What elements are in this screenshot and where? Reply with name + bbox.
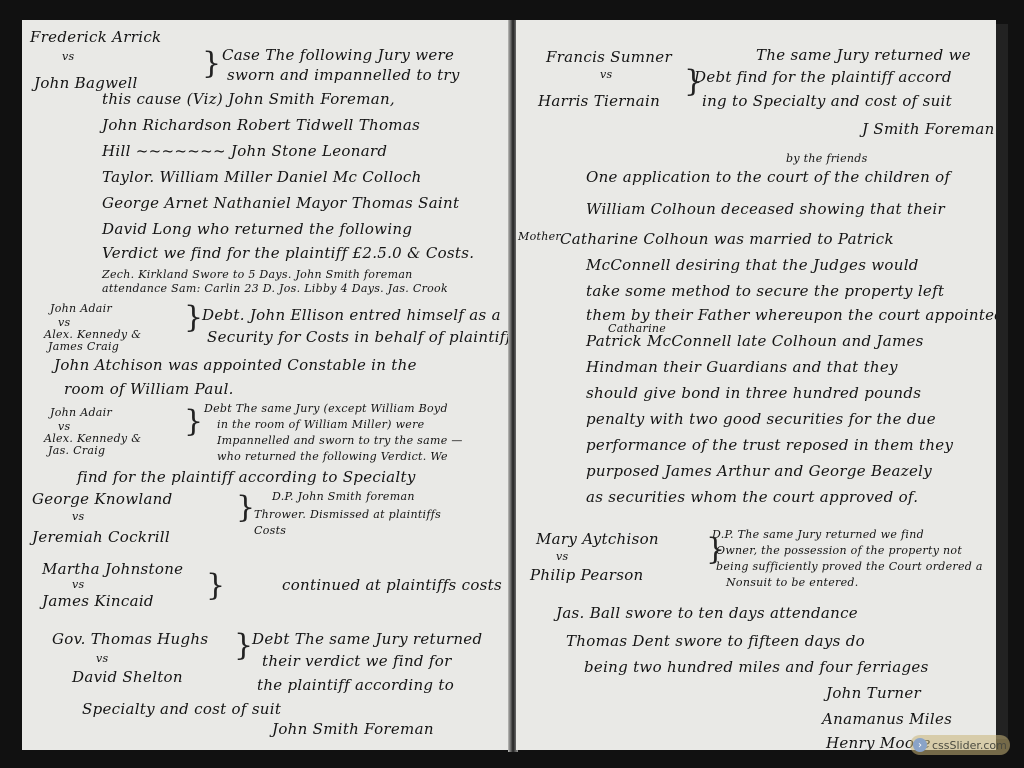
handwritten-line: who returned the following Verdict. We [217,450,448,463]
brace-mark: } [206,568,225,603]
brace-mark: } [184,404,203,439]
handwritten-line: Security for Costs in behalf of plaintif… [207,328,511,346]
handwritten-line: sworn and impannelled to try [227,66,460,84]
handwritten-line: vs [600,68,612,81]
handwritten-line: Debt find for the plaintiff accord [694,68,952,86]
handwritten-line: Philip Pearson [530,566,644,584]
right-ledger-page: Francis SumnerThe same Jury returned wev… [516,20,996,750]
handwritten-line: James Craig [48,340,119,353]
handwritten-line: George Arnet Nathaniel Mayor Thomas Sain… [102,194,459,212]
handwritten-line: Jas. Craig [48,444,105,457]
watermark-badge[interactable]: › cssSlider.com [910,735,1010,755]
handwritten-line: purposed James Arthur and George Beazely [586,462,932,480]
handwritten-line: Francis Sumner [546,48,672,66]
handwritten-line: Thomas Dent swore to fifteen days do [566,632,865,650]
brace-mark: } [236,490,255,525]
handwritten-line: penalty with two good securities for the… [586,410,936,428]
handwritten-line: performance of the trust reposed in them… [586,436,953,454]
handwritten-line: Impannelled and sworn to try the same — [217,434,463,447]
handwritten-line: Martha Johnstone [42,560,183,578]
handwritten-line: Mother [518,230,561,243]
handwritten-line: McConnell desiring that the Judges would [586,256,919,274]
handwritten-line: vs [556,550,568,563]
handwritten-line: ing to Specialty and cost of suit [702,92,952,110]
handwritten-line: William Colhoun deceased showing that th… [586,200,945,218]
handwritten-line: find for the plaintiff according to Spec… [77,468,416,486]
brace-mark: } [202,46,221,81]
handwritten-line: this cause (Viz) John Smith Foreman, [102,90,395,108]
handwritten-line: Anamanus Miles [822,710,952,728]
handwritten-line: Zech. Kirkland Swore to 5 Days. John Smi… [102,268,413,281]
brace-mark: } [684,64,703,99]
handwritten-line: in the room of William Miller) were [217,418,424,431]
handwritten-line: vs [62,50,74,63]
handwritten-line: John Atchison was appointed Constable in… [54,356,417,374]
handwritten-line: Catharine Colhoun was married to Patrick [560,230,894,248]
watermark-text: cssSlider.com [932,739,1007,752]
handwritten-line: J Smith Foreman [862,120,995,138]
handwritten-line: the plaintiff according to [257,676,454,694]
handwritten-line: David Long who returned the following [102,220,412,238]
handwritten-line: D.P. The same Jury returned we find [712,528,924,541]
left-ledger-page: Frederick ArrickvsCase The following Jur… [22,20,514,750]
handwritten-line: Specialty and cost of suit [82,700,281,718]
handwritten-line: James Kincaid [42,592,154,610]
handwritten-line: Costs [254,524,286,537]
handwritten-line: continued at plaintiffs costs [282,576,502,594]
handwritten-line: Hindman their Guardians and that they [586,358,898,376]
handwritten-line: Nonsuit to be entered. [726,576,859,589]
brace-mark: } [706,532,725,567]
handwritten-line: by the friends [786,152,868,165]
book-edge [996,24,1008,739]
handwritten-line: John Adair [50,406,112,419]
handwritten-line: Taylor. William Miller Daniel Mc Colloch [102,168,422,186]
handwritten-line: Jas. Ball swore to ten days attendance [556,604,858,622]
handwritten-line: their verdict we find for [262,652,452,670]
handwritten-line: Owner, the possession of the property no… [716,544,962,557]
handwritten-line: John Smith Foreman [272,720,434,738]
handwritten-line: Gov. Thomas Hughs [52,630,208,648]
handwritten-line: John Richardson Robert Tidwell Thomas [102,116,420,134]
handwritten-line: being two hundred miles and four ferriag… [584,658,929,676]
handwritten-line: Verdict we find for the plaintiff £2.5.0… [102,244,474,262]
handwritten-line: George Knowland [32,490,173,508]
handwritten-line: Case The following Jury were [222,46,454,64]
handwritten-line: should give bond in three hundred pounds [586,384,921,402]
handwritten-line: John Turner [826,684,921,702]
handwritten-line: Jeremiah Cockrill [32,528,170,546]
handwritten-line: vs [72,510,84,523]
handwritten-line: being sufficiently proved the Court orde… [716,560,983,573]
handwritten-line: attendance Sam: Carlin 23 D. Jos. Libby … [102,282,448,295]
handwritten-line: Mary Aytchison [536,530,659,548]
handwritten-line: as securities whom the court approved of… [586,488,918,506]
handwritten-line: vs [96,652,108,665]
handwritten-line: One application to the court of the chil… [586,168,950,186]
handwritten-line: take some method to secure the property … [586,282,944,300]
handwritten-line: Frederick Arrick [30,28,161,46]
chevron-right-icon: › [913,738,927,752]
brace-mark: } [234,628,253,663]
handwritten-line: David Shelton [72,668,183,686]
handwritten-line: Debt The same Jury (except William Boyd [204,402,448,415]
handwritten-line: Patrick McConnell late Colhoun and James [586,332,924,350]
handwritten-line: Debt. John Ellison entred himself as a [202,306,501,324]
handwritten-line: Harris Tiernain [538,92,660,110]
handwritten-line: Debt The same Jury returned [252,630,482,648]
handwritten-line: John Adair [50,302,112,315]
handwritten-line: room of William Paul. [64,380,234,398]
handwritten-line: Hill ~~~~~~~ John Stone Leonard [102,142,387,160]
handwritten-line: The same Jury returned we [756,46,971,64]
handwritten-line: Thrower. Dismissed at plaintiffs [254,508,441,521]
handwritten-line: D.P. John Smith foreman [272,490,415,503]
handwritten-line: vs [72,578,84,591]
brace-mark: } [184,300,203,335]
